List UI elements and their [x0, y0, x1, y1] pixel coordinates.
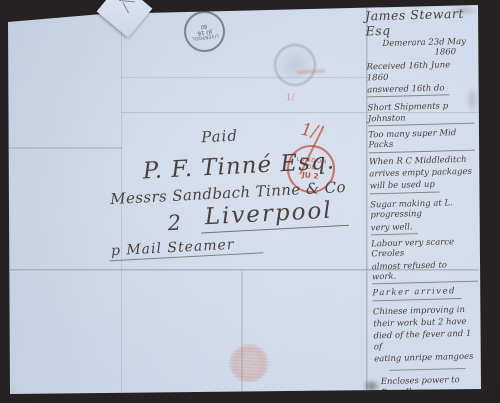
routing-note: p Mail Steamer	[109, 235, 263, 261]
house-number: 2	[167, 211, 182, 236]
docket-line: Chinese improving in	[373, 304, 479, 317]
pencil-scribble	[122, 2, 129, 13]
toning-stain	[466, 86, 479, 114]
datestamp-year: 60	[200, 23, 207, 30]
docket-line: Sugar making at L. progressing	[370, 197, 477, 220]
faint-transit-datestamp	[274, 44, 316, 86]
wafer-seal	[229, 344, 269, 383]
docket-line: Parker arrived	[372, 286, 461, 301]
ink-smudge	[362, 379, 381, 393]
docket-line: Too many super Mid Packs	[368, 128, 475, 153]
docket-line: Encloses power to Purcell	[381, 375, 482, 400]
docket-line: died of the fever and 1 of	[373, 329, 480, 352]
docket-line: answered 16th do	[367, 83, 450, 98]
paid-note: Paid	[201, 119, 383, 146]
letter-sheet: LIVERPOOL JU 16 60 1/ LONDON DE JU 2 1/ …	[0, 0, 500, 403]
docket-line: almost refused to work.	[372, 259, 479, 284]
photo-of-letter-cover: LIVERPOOL JU 16 60 1/ LONDON DE JU 2 1/ …	[0, 0, 500, 403]
docket-divider	[389, 367, 465, 371]
docket-line: arrives empty packages	[369, 167, 475, 180]
docket-line: Received 16th June 1860	[366, 60, 473, 83]
docket-line: 1860	[366, 47, 472, 60]
fold-crease-horizontal-left	[8, 147, 122, 149]
docket-line: eating unripe mangoes	[374, 352, 480, 365]
docket-line: their work but 2 have	[373, 317, 479, 330]
liverpool-arrival-datestamp: LIVERPOOL JU 16 60	[182, 9, 228, 55]
fold-crease-horizontal-upper	[121, 77, 369, 79]
rate-mark-small: 1/	[285, 92, 295, 103]
toning-stain	[450, 5, 478, 16]
docket-panel: James Stewart Esq Demerara 23d May 1860 …	[365, 6, 481, 393]
docket-line: very well.	[371, 222, 418, 236]
docket-line: will be used up	[370, 180, 441, 194]
address-block: Paid P. F. Tinné Esq. Messrs Sandbach Ti…	[107, 119, 388, 261]
docket-line: When R C Middleditch	[369, 154, 475, 167]
docket-line: Short Shipments p Johnston	[367, 101, 474, 126]
docket-line: Labour very scarce Creoles	[371, 236, 478, 259]
